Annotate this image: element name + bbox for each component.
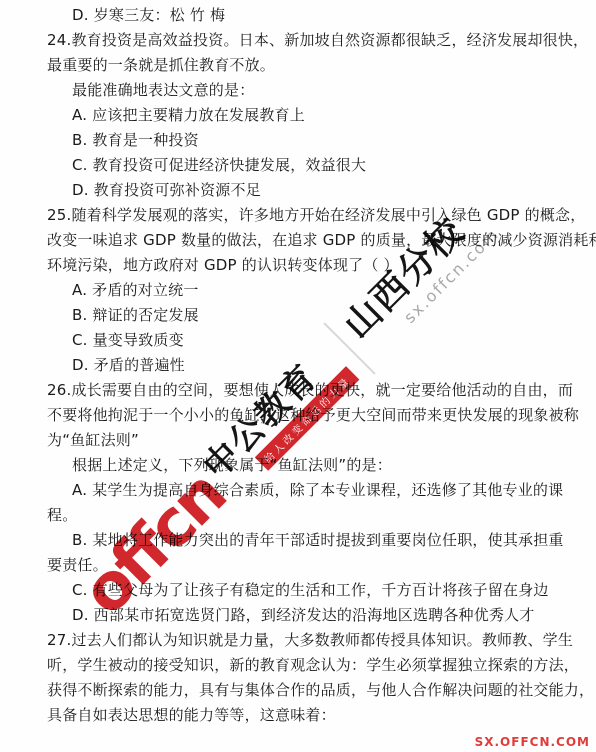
question-text-block: D. 岁寒三友：松 竹 梅24.教育投资是高效益投资。日本、新加坡自然资源都很缺…: [0, 3, 596, 728]
text-line: B. 某地将工作能力突出的青年干部适时提拔到重要岗位任职，使其承担重: [0, 528, 596, 553]
text-line: D. 西部某市拓宽选贤门路，到经济发达的沿海地区选聘各种优秀人才: [0, 603, 596, 628]
text-line: 24.教育投资是高效益投资。日本、新加坡自然资源都很缺乏，经济发展却很快，: [0, 28, 596, 53]
text-line: 为“鱼缸法则”: [0, 428, 596, 453]
text-line: 程。: [0, 503, 596, 528]
text-line: 不要将他拘泥于一个小小的鱼缸，这种给予更大空间而带来更快发展的现象被称: [0, 403, 596, 428]
text-line: D. 矛盾的普遍性: [0, 353, 596, 378]
text-line: 环境污染，地方政府对 GDP 的认识转变体现了（ ）: [0, 253, 596, 278]
text-line: 26.成长需要自由的空间，要想使人成长的更快，就一定要给他活动的自由，而: [0, 378, 596, 403]
text-line: B. 教育是一种投资: [0, 128, 596, 153]
text-line: C. 教育投资可促进经济快捷发展，效益很大: [0, 153, 596, 178]
footer-site-url: SX.OFFCN.COM: [475, 735, 590, 749]
text-line: 27.过去人们都认为知识就是力量，大多数教师都传授具体知识。教师教、学生: [0, 628, 596, 653]
text-line: B. 辩证的否定发展: [0, 303, 596, 328]
text-line: C. 有些父母为了让孩子有稳定的生活和工作，千方百计将孩子留在身边: [0, 578, 596, 603]
text-line: 改变一味追求 GDP 数量的做法，在追求 GDP 的质量，最大限度的减少资源消耗…: [0, 228, 596, 253]
text-line: C. 量变导致质变: [0, 328, 596, 353]
text-line: 听，学生被动的接受知识，新的教育观念认为：学生必须掌握独立探索的方法，: [0, 653, 596, 678]
text-line: 具备自如表达思想的能力等等，这意味着：: [0, 703, 596, 728]
text-line: 根据上述定义，下列现象属于“鱼缸法则”的是：: [0, 453, 596, 478]
text-line: A. 矛盾的对立统一: [0, 278, 596, 303]
text-line: D. 教育投资可弥补资源不足: [0, 178, 596, 203]
text-line: A. 某学生为提高自身综合素质，除了本专业课程，还选修了其他专业的课: [0, 478, 596, 503]
text-line: A. 应该把主要精力放在发展教育上: [0, 103, 596, 128]
text-line: 获得不断探索的能力，具有与集体合作的品质，与他人合作解决问题的社交能力，: [0, 678, 596, 703]
text-line: 要责任。: [0, 553, 596, 578]
text-line: 25.随着科学发展观的落实，许多地方开始在经济发展中引入绿色 GDP 的概念，: [0, 203, 596, 228]
text-line: D. 岁寒三友：松 竹 梅: [0, 3, 596, 28]
text-line: 最能准确地表达文意的是：: [0, 78, 596, 103]
text-line: 最重要的一条就是抓住教育不放。: [0, 53, 596, 78]
scanned-exam-page: D. 岁寒三友：松 竹 梅24.教育投资是高效益投资。日本、新加坡自然资源都很缺…: [0, 0, 596, 752]
